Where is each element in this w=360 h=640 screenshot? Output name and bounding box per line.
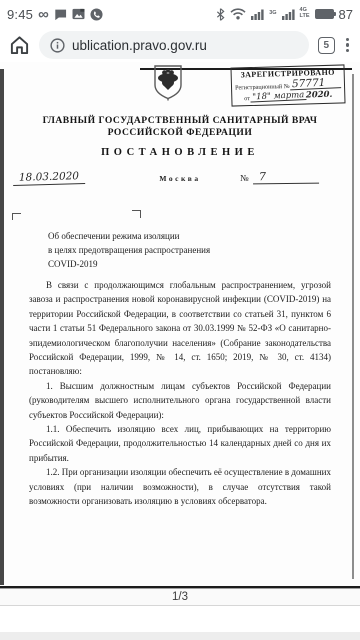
network-3g-label: 3G bbox=[269, 11, 276, 17]
document-body: В связи с продолжающимся глобальным расп… bbox=[29, 278, 331, 509]
wifi-icon bbox=[230, 8, 246, 20]
page-indicator-bar: 1/3 bbox=[0, 588, 360, 606]
call-icon bbox=[90, 8, 103, 21]
battery-percent: 87 bbox=[339, 7, 353, 22]
url-text: ublication.pravo.gov.ru bbox=[72, 38, 207, 53]
scan-edge-bottom bbox=[0, 586, 360, 589]
stamp-date-from: от bbox=[244, 95, 250, 102]
document-number-handwritten: 7 bbox=[253, 171, 319, 185]
gallery-icon bbox=[72, 8, 85, 20]
network-lte-label: 4G LTE bbox=[300, 8, 310, 20]
document-subject: Об обеспечении режима изоляции в целях п… bbox=[48, 229, 210, 271]
authority-line-1: ГЛАВНЫЙ ГОСУДАРСТВЕННЫЙ САНИТАРНЫЙ ВРАЧ bbox=[0, 115, 360, 127]
status-bar: 9:45 ∞ 3G bbox=[0, 0, 360, 28]
address-bar[interactable]: ublication.pravo.gov.ru bbox=[39, 31, 309, 59]
date-city-number-row: 18.03.2020 Москва № 7 bbox=[0, 171, 360, 189]
browser-toolbar: ublication.pravo.gov.ru 5 bbox=[0, 28, 360, 62]
phone-screen: 9:45 ∞ 3G bbox=[0, 0, 360, 640]
tab-switcher-button[interactable]: 5 bbox=[318, 37, 335, 54]
stamp-date-row: от "18" марта 2020. bbox=[235, 90, 341, 103]
crop-mark-left bbox=[12, 213, 21, 220]
paragraph-preamble: В связи с продолжающимся глобальным расп… bbox=[29, 278, 331, 379]
signal-3g-icon bbox=[251, 9, 264, 20]
status-bar-left: 9:45 ∞ bbox=[7, 7, 103, 22]
signal-lte-icon bbox=[282, 9, 295, 20]
pdf-viewer-page[interactable]: ЗАРЕГИСТРИРОВАНО Регистрационный № 57771… bbox=[0, 62, 360, 588]
home-button[interactable] bbox=[9, 35, 30, 55]
coat-of-arms-icon bbox=[151, 65, 185, 101]
paragraph-item-1: 1. Высшим должностным лицам субъектов Ро… bbox=[29, 379, 331, 422]
subject-line-1: Об обеспечении режима изоляции bbox=[48, 229, 210, 243]
number-sign: № bbox=[240, 173, 249, 183]
status-bar-right: 3G 4G LTE 87 bbox=[216, 7, 353, 22]
registration-stamp: ЗАРЕГИСТРИРОВАНО Регистрационный № 57771… bbox=[230, 64, 345, 106]
infinity-icon: ∞ bbox=[38, 7, 49, 22]
stamp-reg-number: 57771 bbox=[289, 78, 341, 90]
clock: 9:45 bbox=[7, 7, 33, 22]
issuing-authority: ГЛАВНЫЙ ГОСУДАРСТВЕННЫЙ САНИТАРНЫЙ ВРАЧ … bbox=[0, 115, 360, 139]
battery-icon bbox=[315, 9, 334, 19]
bottom-nav-hint bbox=[0, 632, 360, 640]
crop-mark-right bbox=[132, 210, 141, 218]
document-type: ПОСТАНОВЛЕНИЕ bbox=[0, 147, 360, 158]
page-indicator: 1/3 bbox=[172, 591, 188, 603]
stamp-reg-label: Регистрационный № bbox=[235, 82, 290, 91]
authority-line-2: РОССИЙСКОЙ ФЕДЕРАЦИИ bbox=[0, 127, 360, 139]
chat-icon bbox=[54, 8, 67, 21]
info-icon[interactable] bbox=[50, 38, 65, 53]
viewer-footer-space bbox=[0, 606, 360, 632]
paragraph-item-1-2: 1.2. При организации изоляции обеспечить… bbox=[29, 465, 331, 508]
paragraph-item-1-1: 1.1. Обеспечить изоляцию всех лиц, прибы… bbox=[29, 422, 331, 465]
browser-menu-button[interactable] bbox=[344, 36, 351, 55]
subject-line-3: COVID-2019 bbox=[48, 257, 210, 271]
tab-count: 5 bbox=[324, 40, 330, 51]
stamp-date-handwritten: "18" марта bbox=[250, 91, 306, 103]
stamp-date-year: 2020. bbox=[306, 90, 333, 101]
subject-line-2: в целях предотвращения распространения bbox=[48, 243, 210, 257]
bluetooth-icon bbox=[216, 8, 225, 21]
